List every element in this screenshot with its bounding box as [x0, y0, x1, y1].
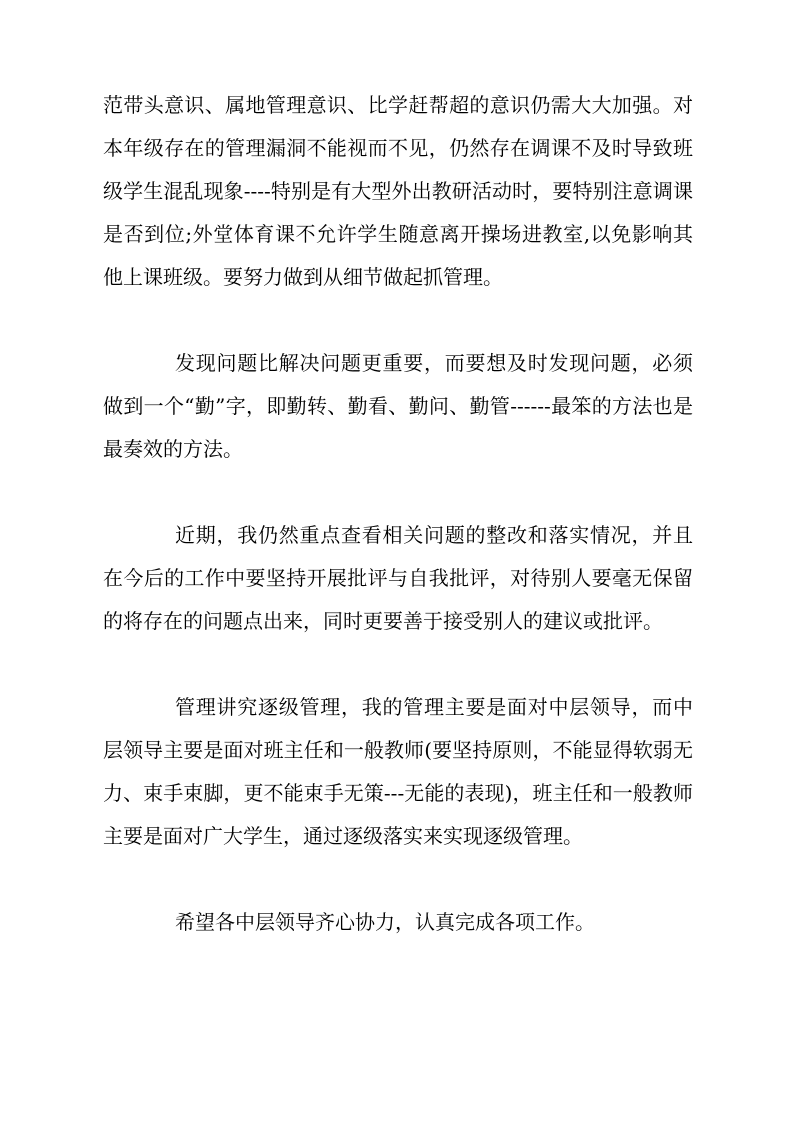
document-page: 范带头意识、属地管理意识、比学赶帮超的意识仍需大大加强。对本年级存在的管理漏洞不…	[0, 0, 793, 1122]
paragraph-tiered-management: 管理讲究逐级管理，我的管理主要是面对中层领导，而中层领导主要是面对班主任和一般教…	[103, 686, 693, 858]
paragraph-continuation: 范带头意识、属地管理意识、比学赶帮超的意识仍需大大加强。对本年级存在的管理漏洞不…	[103, 84, 693, 299]
paragraph-recent-review: 近期，我仍然重点查看相关问题的整改和落实情况，并且在今后的工作中要坚持开展批评与…	[103, 514, 693, 643]
paragraph-find-problems: 发现问题比解决问题更重要，而要想及时发现问题，必须做到一个“勤”字，即勤转、勤看…	[103, 342, 693, 471]
paragraph-closing-hope: 希望各中层领导齐心协力，认真完成各项工作。	[103, 901, 693, 944]
document-body: 范带头意识、属地管理意识、比学赶帮超的意识仍需大大加强。对本年级存在的管理漏洞不…	[0, 0, 793, 944]
